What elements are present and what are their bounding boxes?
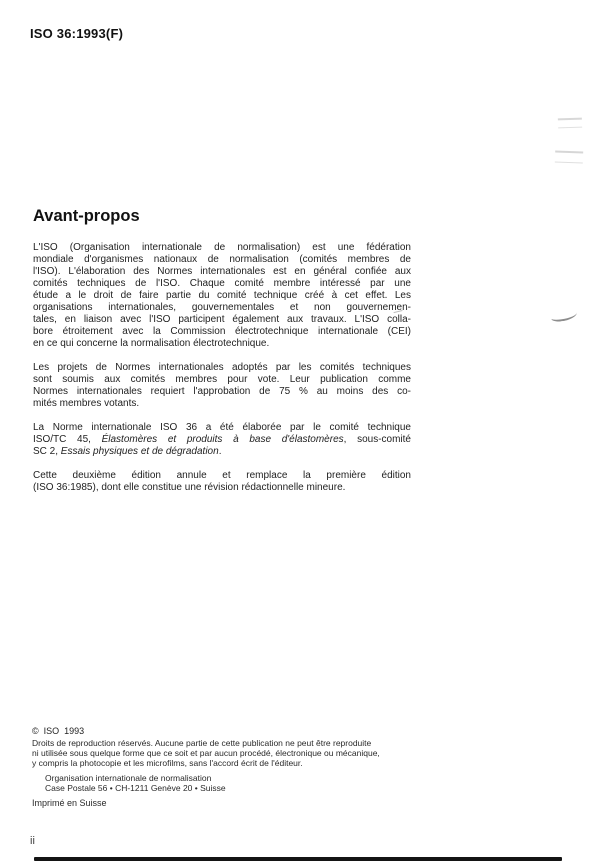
- copyright-line: © ISO 1993: [32, 726, 462, 737]
- page-number: ii: [30, 835, 35, 847]
- text-line: sont soumis aux comités membres pour vot…: [33, 374, 411, 386]
- text-run: ISO/TC 45,: [33, 434, 102, 445]
- text-run: Cette deuxième édition annule et remplac…: [33, 470, 411, 481]
- text-run: (ISO 36:1985), dont elle constitue une r…: [33, 482, 345, 493]
- text-line: organisations internationales, gouvernem…: [33, 302, 411, 314]
- text-line: mondiale d'organismes nationaux de norma…: [33, 254, 411, 266]
- text-run: bore étroitement avec la Commission élec…: [33, 326, 411, 337]
- paragraph: Les projets de Normes internationales ad…: [33, 362, 411, 410]
- text-line: comités techniques de l'ISO. Chaque comi…: [33, 278, 411, 290]
- text-line: l'ISO). L'élaboration des Normes interna…: [33, 266, 411, 278]
- text-line: Organisation internationale de normalisa…: [45, 773, 462, 783]
- text-run: comités techniques de l'ISO. Chaque comi…: [33, 278, 411, 289]
- text-line: L'ISO (Organisation internationale de no…: [33, 242, 411, 254]
- text-run: tales, en liaison avec l'ISO participent…: [33, 314, 411, 325]
- publisher-address: Organisation internationale de normalisa…: [45, 773, 462, 793]
- text-line: La Norme internationale ISO 36 a été éla…: [33, 422, 411, 434]
- text-run: Normes internationales requiert l'approb…: [33, 386, 411, 397]
- text-line: ISO/TC 45, Élastomères et produits à bas…: [33, 434, 411, 446]
- text-run: mondiale d'organismes nationaux de norma…: [33, 254, 411, 265]
- italic-run: Élastomères et produits à base d'élastom…: [102, 434, 344, 445]
- text-line: SC 2, Essais physiques et de dégradation…: [33, 446, 411, 458]
- page-edge-bar: [34, 857, 562, 861]
- text-line: (ISO 36:1985), dont elle constitue une r…: [33, 482, 411, 494]
- text-line: ni utilisée sous quelque forme que ce so…: [32, 748, 462, 758]
- printed-in: Imprimé en Suisse: [32, 798, 462, 809]
- foreword-body: L'ISO (Organisation internationale de no…: [33, 242, 411, 506]
- scan-artifact-smudge-top: [558, 118, 582, 129]
- scan-artifact-curve: [550, 308, 577, 322]
- document-page: ISO 36:1993(F) Avant-propos L'ISO (Organ…: [0, 0, 598, 862]
- paragraph: L'ISO (Organisation internationale de no…: [33, 242, 411, 350]
- text-line: Cette deuxième édition annule et remplac…: [33, 470, 411, 482]
- paragraph: Cette deuxième édition annule et remplac…: [33, 470, 411, 494]
- text-run: .: [219, 446, 222, 457]
- text-line: étude a le droit de faire partie du comi…: [33, 290, 411, 302]
- text-run: étude a le droit de faire partie du comi…: [33, 290, 411, 301]
- text-run: organisations internationales, gouvernem…: [33, 302, 411, 313]
- text-run: L'ISO (Organisation internationale de no…: [33, 242, 411, 253]
- imprint-block: © ISO 1993 Droits de reproduction réserv…: [32, 726, 462, 809]
- text-line: tales, en liaison avec l'ISO participent…: [33, 314, 411, 326]
- scan-artifact-smudge-mid: [555, 151, 583, 164]
- text-run: SC 2,: [33, 446, 61, 457]
- text-line: y compris la photocopie et les microfilm…: [32, 758, 462, 768]
- paragraph: La Norme internationale ISO 36 a été éla…: [33, 422, 411, 458]
- text-line: mités membres votants.: [33, 398, 411, 410]
- italic-run: Essais physiques et de dégradation: [61, 446, 219, 457]
- text-run: en ce qui concerne la normalisation élec…: [33, 338, 269, 349]
- text-run: La Norme internationale ISO 36 a été éla…: [33, 422, 411, 433]
- text-line: Droits de reproduction réservés. Aucune …: [32, 738, 462, 748]
- text-run: mités membres votants.: [33, 398, 139, 409]
- text-line: en ce qui concerne la normalisation élec…: [33, 338, 411, 350]
- text-run: l'ISO). L'élaboration des Normes interna…: [33, 266, 411, 277]
- rights-text: Droits de reproduction réservés. Aucune …: [32, 738, 462, 768]
- text-line: Les projets de Normes internationales ad…: [33, 362, 411, 374]
- text-line: bore étroitement avec la Commission élec…: [33, 326, 411, 338]
- text-line: Normes internationales requiert l'approb…: [33, 386, 411, 398]
- text-run: Les projets de Normes internationales ad…: [33, 362, 411, 373]
- text-run: , sous-comité: [344, 434, 411, 445]
- text-run: sont soumis aux comités membres pour vot…: [33, 374, 411, 385]
- doc-reference: ISO 36:1993(F): [30, 26, 123, 41]
- foreword-title: Avant-propos: [33, 207, 140, 226]
- text-line: Case Postale 56 • CH-1211 Genève 20 • Su…: [45, 783, 462, 793]
